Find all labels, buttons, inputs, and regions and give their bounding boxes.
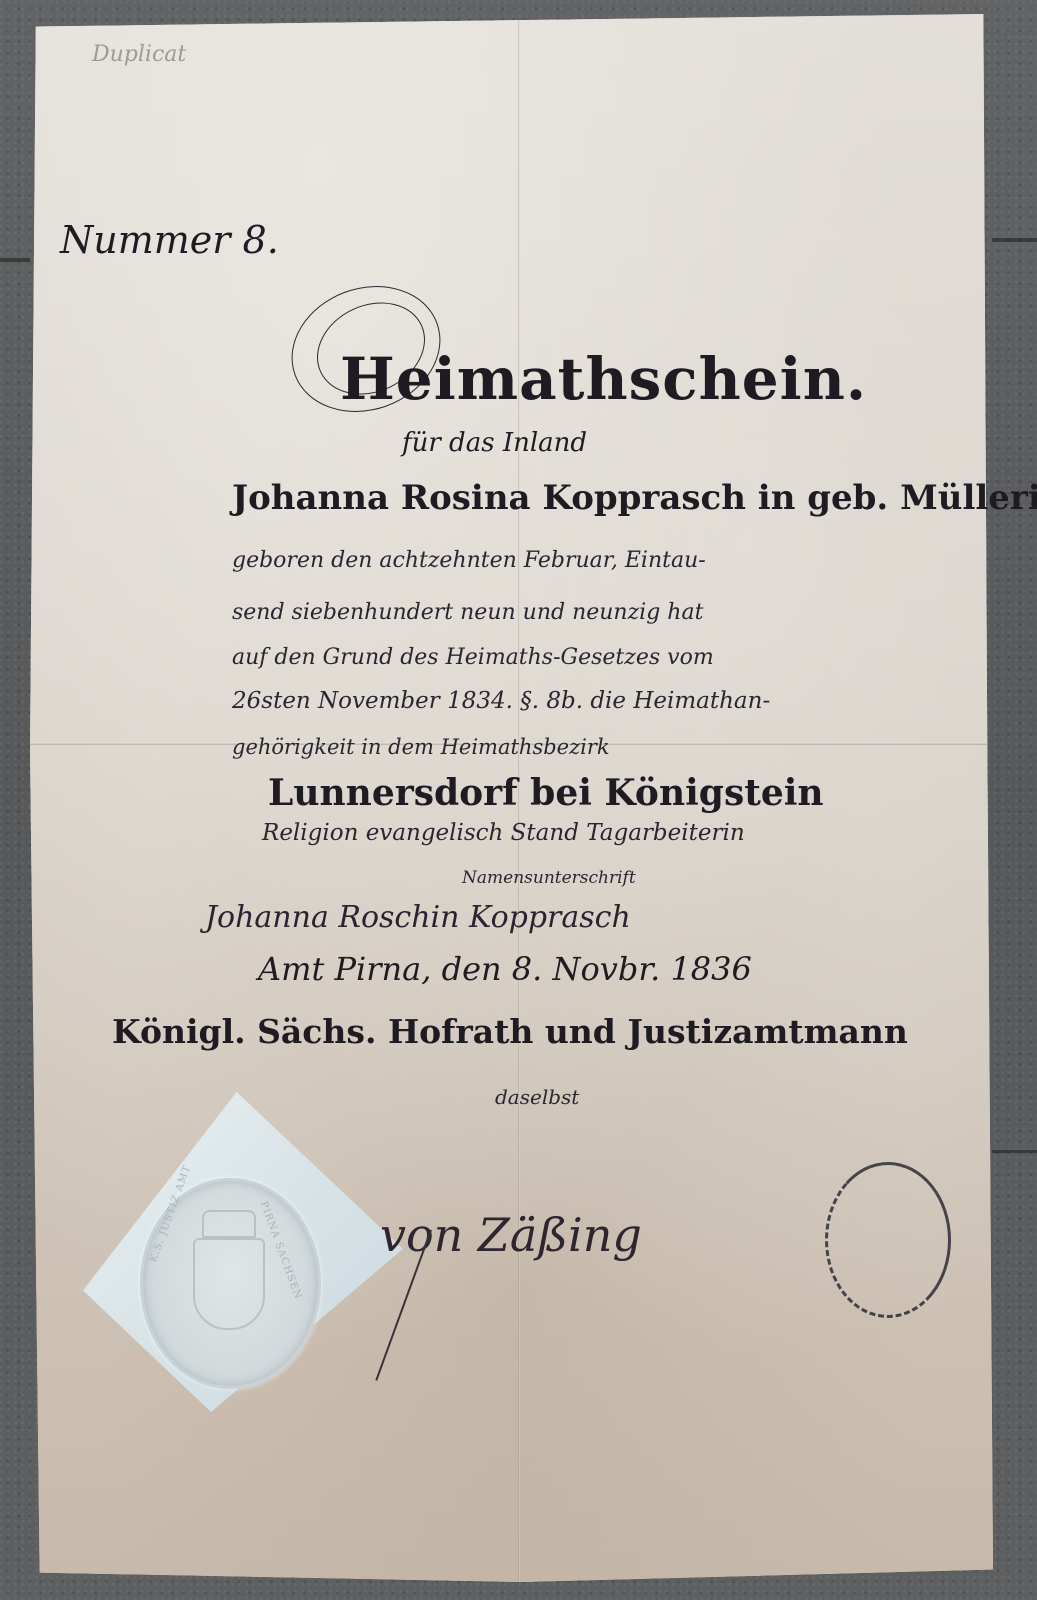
- issue-date-line: Amt Pirna, den 8. Novbr. 1836: [258, 950, 752, 988]
- background-seam: [992, 1150, 1037, 1153]
- issuing-office: Königl. Sächs. Hofrath und Justizamtmann: [112, 1012, 908, 1051]
- law-reference-line: auf den Grund des Heimaths-Gesetzes vom: [232, 645, 714, 670]
- birth-year-line: send siebenhundert neun und neunzig hat: [232, 600, 703, 625]
- background-seam: [0, 258, 30, 262]
- pencil-note: Duplicat: [92, 42, 186, 67]
- home-district: Lunnersdorf bei Königstein: [268, 772, 824, 814]
- birth-line: geboren den achtzehnten Februar, Eintau-: [232, 548, 706, 573]
- holder-signature: Johanna Roschin Kopprasch: [205, 900, 631, 935]
- subtitle: für das Inland: [402, 428, 587, 458]
- holder-name: Johanna Rosina Kopprasch in geb. Mülleri…: [232, 478, 1037, 518]
- crown-icon: [202, 1210, 256, 1238]
- document-number: Nummer 8.: [60, 218, 279, 262]
- coat-of-arms-shield-icon: [193, 1238, 265, 1330]
- religion-occupation-line: Religion evangelisch Stand Tagarbeiterin: [262, 820, 745, 846]
- law-date-line: 26sten November 1834. §. 8b. die Heimath…: [232, 688, 770, 714]
- background-seam: [992, 238, 1037, 242]
- issuing-office-suffix: daselbst: [495, 1085, 579, 1109]
- page-title: Heimathschein.: [340, 345, 867, 413]
- official-signature: von Zäßing: [380, 1208, 642, 1262]
- belonging-line: gehörigkeit in dem Heimathsbezirk: [232, 735, 610, 759]
- ink-stamp-icon: [825, 1162, 951, 1318]
- signature-label: Namensunterschrift: [462, 868, 636, 888]
